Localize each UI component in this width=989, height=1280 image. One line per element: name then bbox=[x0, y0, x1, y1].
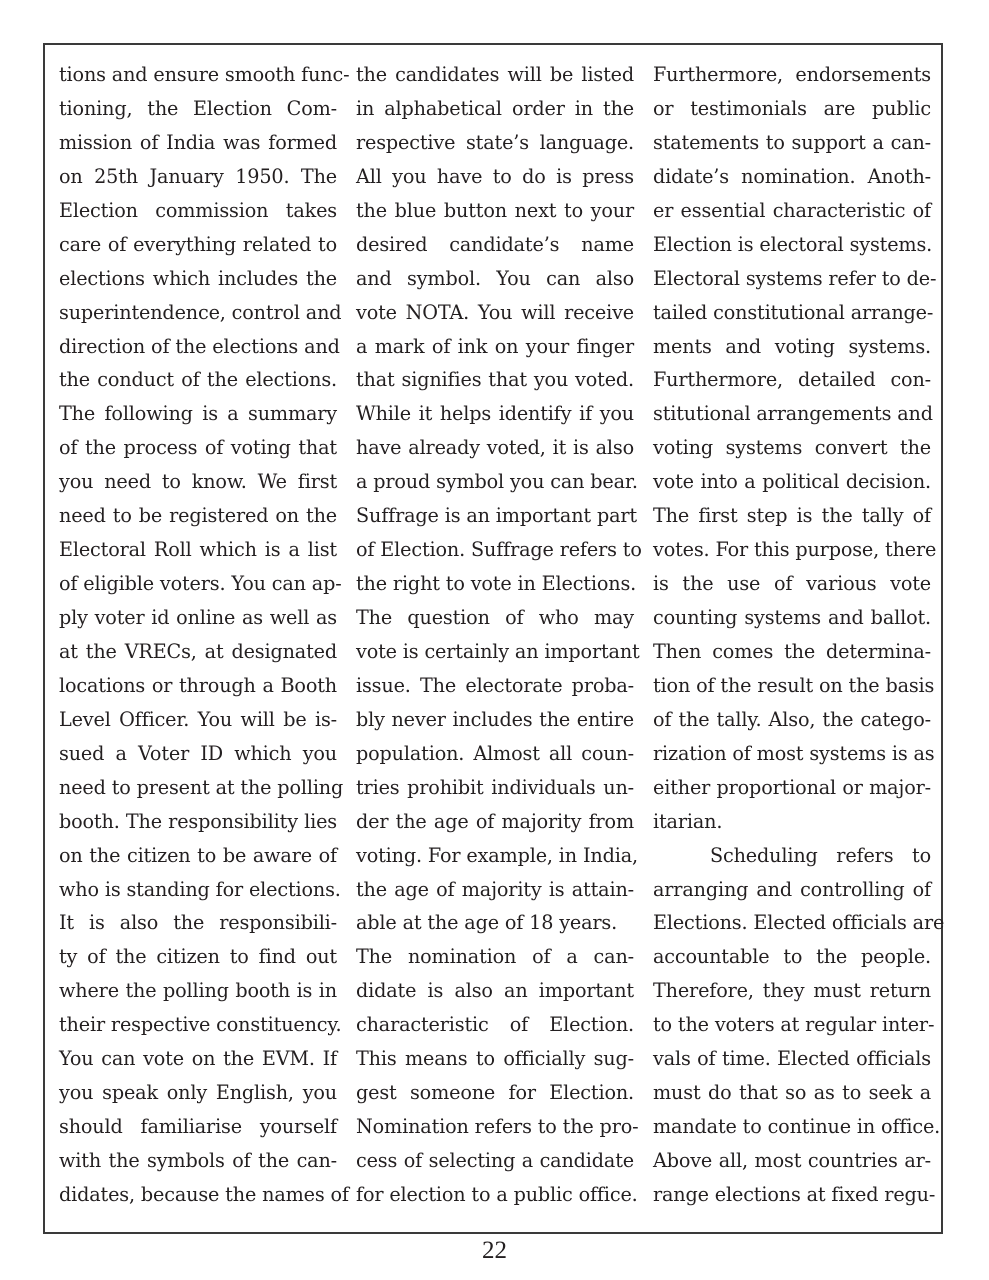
text-line: er essential characteristic of bbox=[653, 194, 931, 228]
text-line: All you have to do is press bbox=[356, 160, 634, 194]
text-line: vals of time. Elected officials bbox=[653, 1042, 931, 1076]
text-line: cess of selecting a candidate bbox=[356, 1144, 634, 1178]
text-line: of the process of voting that bbox=[59, 431, 337, 465]
text-line: gest someone for Election. bbox=[356, 1076, 634, 1110]
text-line: either proportional or major- bbox=[653, 771, 931, 805]
text-line: on the citizen to be aware of bbox=[59, 839, 337, 873]
text-column-1: tions and ensure smooth func- tioning, t… bbox=[59, 58, 337, 1212]
text-line: The first step is the tally of bbox=[653, 499, 931, 533]
text-line: respective state’s language. bbox=[356, 126, 634, 160]
text-line: care of everything related to bbox=[59, 228, 337, 262]
text-line: that signifies that you voted. bbox=[356, 363, 634, 397]
text-line: This means to officially sug- bbox=[356, 1042, 634, 1076]
text-line: itarian. bbox=[653, 805, 931, 839]
text-line: on 25th January 1950. The bbox=[59, 160, 337, 194]
text-line: you need to know. We first bbox=[59, 465, 337, 499]
text-line: range elections at fixed regu- bbox=[653, 1178, 931, 1212]
text-line: must do that so as to seek a bbox=[653, 1076, 931, 1110]
text-line: vote into a political decision. bbox=[653, 465, 931, 499]
text-line: tions and ensure smooth func- bbox=[59, 58, 337, 92]
text-line: vote NOTA. You will receive bbox=[356, 296, 634, 330]
text-line: Election is electoral systems. bbox=[653, 228, 931, 262]
text-columns: tions and ensure smooth func- tioning, t… bbox=[59, 58, 931, 1212]
text-line: of Election. Suffrage refers to bbox=[356, 533, 634, 567]
text-line: der the age of majority from bbox=[356, 805, 634, 839]
text-line: Suffrage is an important part bbox=[356, 499, 634, 533]
text-line: ments and voting systems. bbox=[653, 330, 931, 364]
text-line: with the symbols of the can- bbox=[59, 1144, 337, 1178]
text-line: tion of the result on the basis bbox=[653, 669, 931, 703]
text-line: desired candidate’s name bbox=[356, 228, 634, 262]
text-line: didates, because the names of bbox=[59, 1178, 337, 1212]
text-line: superintendence, control and bbox=[59, 296, 337, 330]
text-line: characteristic of Election. bbox=[356, 1008, 634, 1042]
text-line: a mark of ink on your finger bbox=[356, 330, 634, 364]
text-line: direction of the elections and bbox=[59, 330, 337, 364]
text-line: Nomination refers to the pro- bbox=[356, 1110, 634, 1144]
text-line: tries prohibit individuals un- bbox=[356, 771, 634, 805]
text-line: accountable to the people. bbox=[653, 940, 931, 974]
text-line: the conduct of the elections. bbox=[59, 363, 337, 397]
text-line: elections which includes the bbox=[59, 262, 337, 296]
text-line: a proud symbol you can bear. bbox=[356, 465, 634, 499]
text-line: statements to support a can- bbox=[653, 126, 931, 160]
text-line: Electoral systems refer to de- bbox=[653, 262, 931, 296]
text-line: Then comes the determina- bbox=[653, 635, 931, 669]
text-line: Furthermore, endorsements bbox=[653, 58, 931, 92]
text-line: vote is certainly an important bbox=[356, 635, 634, 669]
text-line: While it helps identify if you bbox=[356, 397, 634, 431]
text-line: the age of majority is attain- bbox=[356, 873, 634, 907]
text-line: is the use of various vote bbox=[653, 567, 931, 601]
text-line: Therefore, they must return bbox=[653, 974, 931, 1008]
text-line: able at the age of 18 years. bbox=[356, 906, 634, 940]
text-line: The question of who may bbox=[356, 601, 634, 635]
text-line: population. Almost all coun- bbox=[356, 737, 634, 771]
text-line: where the polling booth is in bbox=[59, 974, 337, 1008]
text-line: The following is a summary bbox=[59, 397, 337, 431]
text-line: voting systems convert the bbox=[653, 431, 931, 465]
text-line: Elections. Elected officials are bbox=[653, 906, 931, 940]
page-number: 22 bbox=[0, 1233, 989, 1269]
text-line: stitutional arrangements and bbox=[653, 397, 931, 431]
text-line: to the voters at regular inter- bbox=[653, 1008, 931, 1042]
text-line: you speak only English, you bbox=[59, 1076, 337, 1110]
text-line: Furthermore, detailed con- bbox=[653, 363, 931, 397]
text-line: tioning, the Election Com- bbox=[59, 92, 337, 126]
text-line: issue. The electorate proba- bbox=[356, 669, 634, 703]
text-line: Above all, most countries ar- bbox=[653, 1144, 931, 1178]
text-line: have already voted, it is also bbox=[356, 431, 634, 465]
text-line: at the VRECs, at designated bbox=[59, 635, 337, 669]
text-line: the right to vote in Elections. bbox=[356, 567, 634, 601]
text-line: locations or through a Booth bbox=[59, 669, 337, 703]
text-line: the blue button next to your bbox=[356, 194, 634, 228]
text-line: didate’s nomination. Anoth- bbox=[653, 160, 931, 194]
text-line: their respective constituency. bbox=[59, 1008, 337, 1042]
text-line: tailed constitutional arrange- bbox=[653, 296, 931, 330]
text-line: counting systems and ballot. bbox=[653, 601, 931, 635]
text-line: mission of India was formed bbox=[59, 126, 337, 160]
text-line: for election to a public office. bbox=[356, 1178, 634, 1212]
text-line: bly never includes the entire bbox=[356, 703, 634, 737]
text-line: or testimonials are public bbox=[653, 92, 931, 126]
text-line: Election commission takes bbox=[59, 194, 337, 228]
text-line: who is standing for elections. bbox=[59, 873, 337, 907]
text-line: Level Officer. You will be is- bbox=[59, 703, 337, 737]
text-line: need to be registered on the bbox=[59, 499, 337, 533]
text-line: arranging and controlling of bbox=[653, 873, 931, 907]
text-line: sued a Voter ID which you bbox=[59, 737, 337, 771]
text-line: didate is also an important bbox=[356, 974, 634, 1008]
text-line: booth. The responsibility lies bbox=[59, 805, 337, 839]
text-line: mandate to continue in office. bbox=[653, 1110, 931, 1144]
text-line: and symbol. You can also bbox=[356, 262, 634, 296]
text-line: It is also the responsibili- bbox=[59, 906, 337, 940]
text-line: ply voter id online as well as bbox=[59, 601, 337, 635]
text-line: need to present at the polling bbox=[59, 771, 337, 805]
text-line: votes. For this purpose, there bbox=[653, 533, 931, 567]
text-line: ty of the citizen to find out bbox=[59, 940, 337, 974]
text-column-3: Furthermore, endorsements or testimonial… bbox=[653, 58, 931, 1212]
text-line: should familiarise yourself bbox=[59, 1110, 337, 1144]
text-line: of eligible voters. You can ap- bbox=[59, 567, 337, 601]
text-column-2: the candidates will be listed in alphabe… bbox=[356, 58, 634, 1212]
paragraph-first-line: Scheduling refers to bbox=[653, 839, 931, 873]
text-line: Electoral Roll which is a list bbox=[59, 533, 337, 567]
text-line: voting. For example, in India, bbox=[356, 839, 634, 873]
text-line: the candidates will be listed bbox=[356, 58, 634, 92]
text-line: of the tally. Also, the catego- bbox=[653, 703, 931, 737]
text-line: in alphabetical order in the bbox=[356, 92, 634, 126]
text-line: rization of most systems is as bbox=[653, 737, 931, 771]
text-line: You can vote on the EVM. If bbox=[59, 1042, 337, 1076]
text-line: The nomination of a can- bbox=[356, 940, 634, 974]
